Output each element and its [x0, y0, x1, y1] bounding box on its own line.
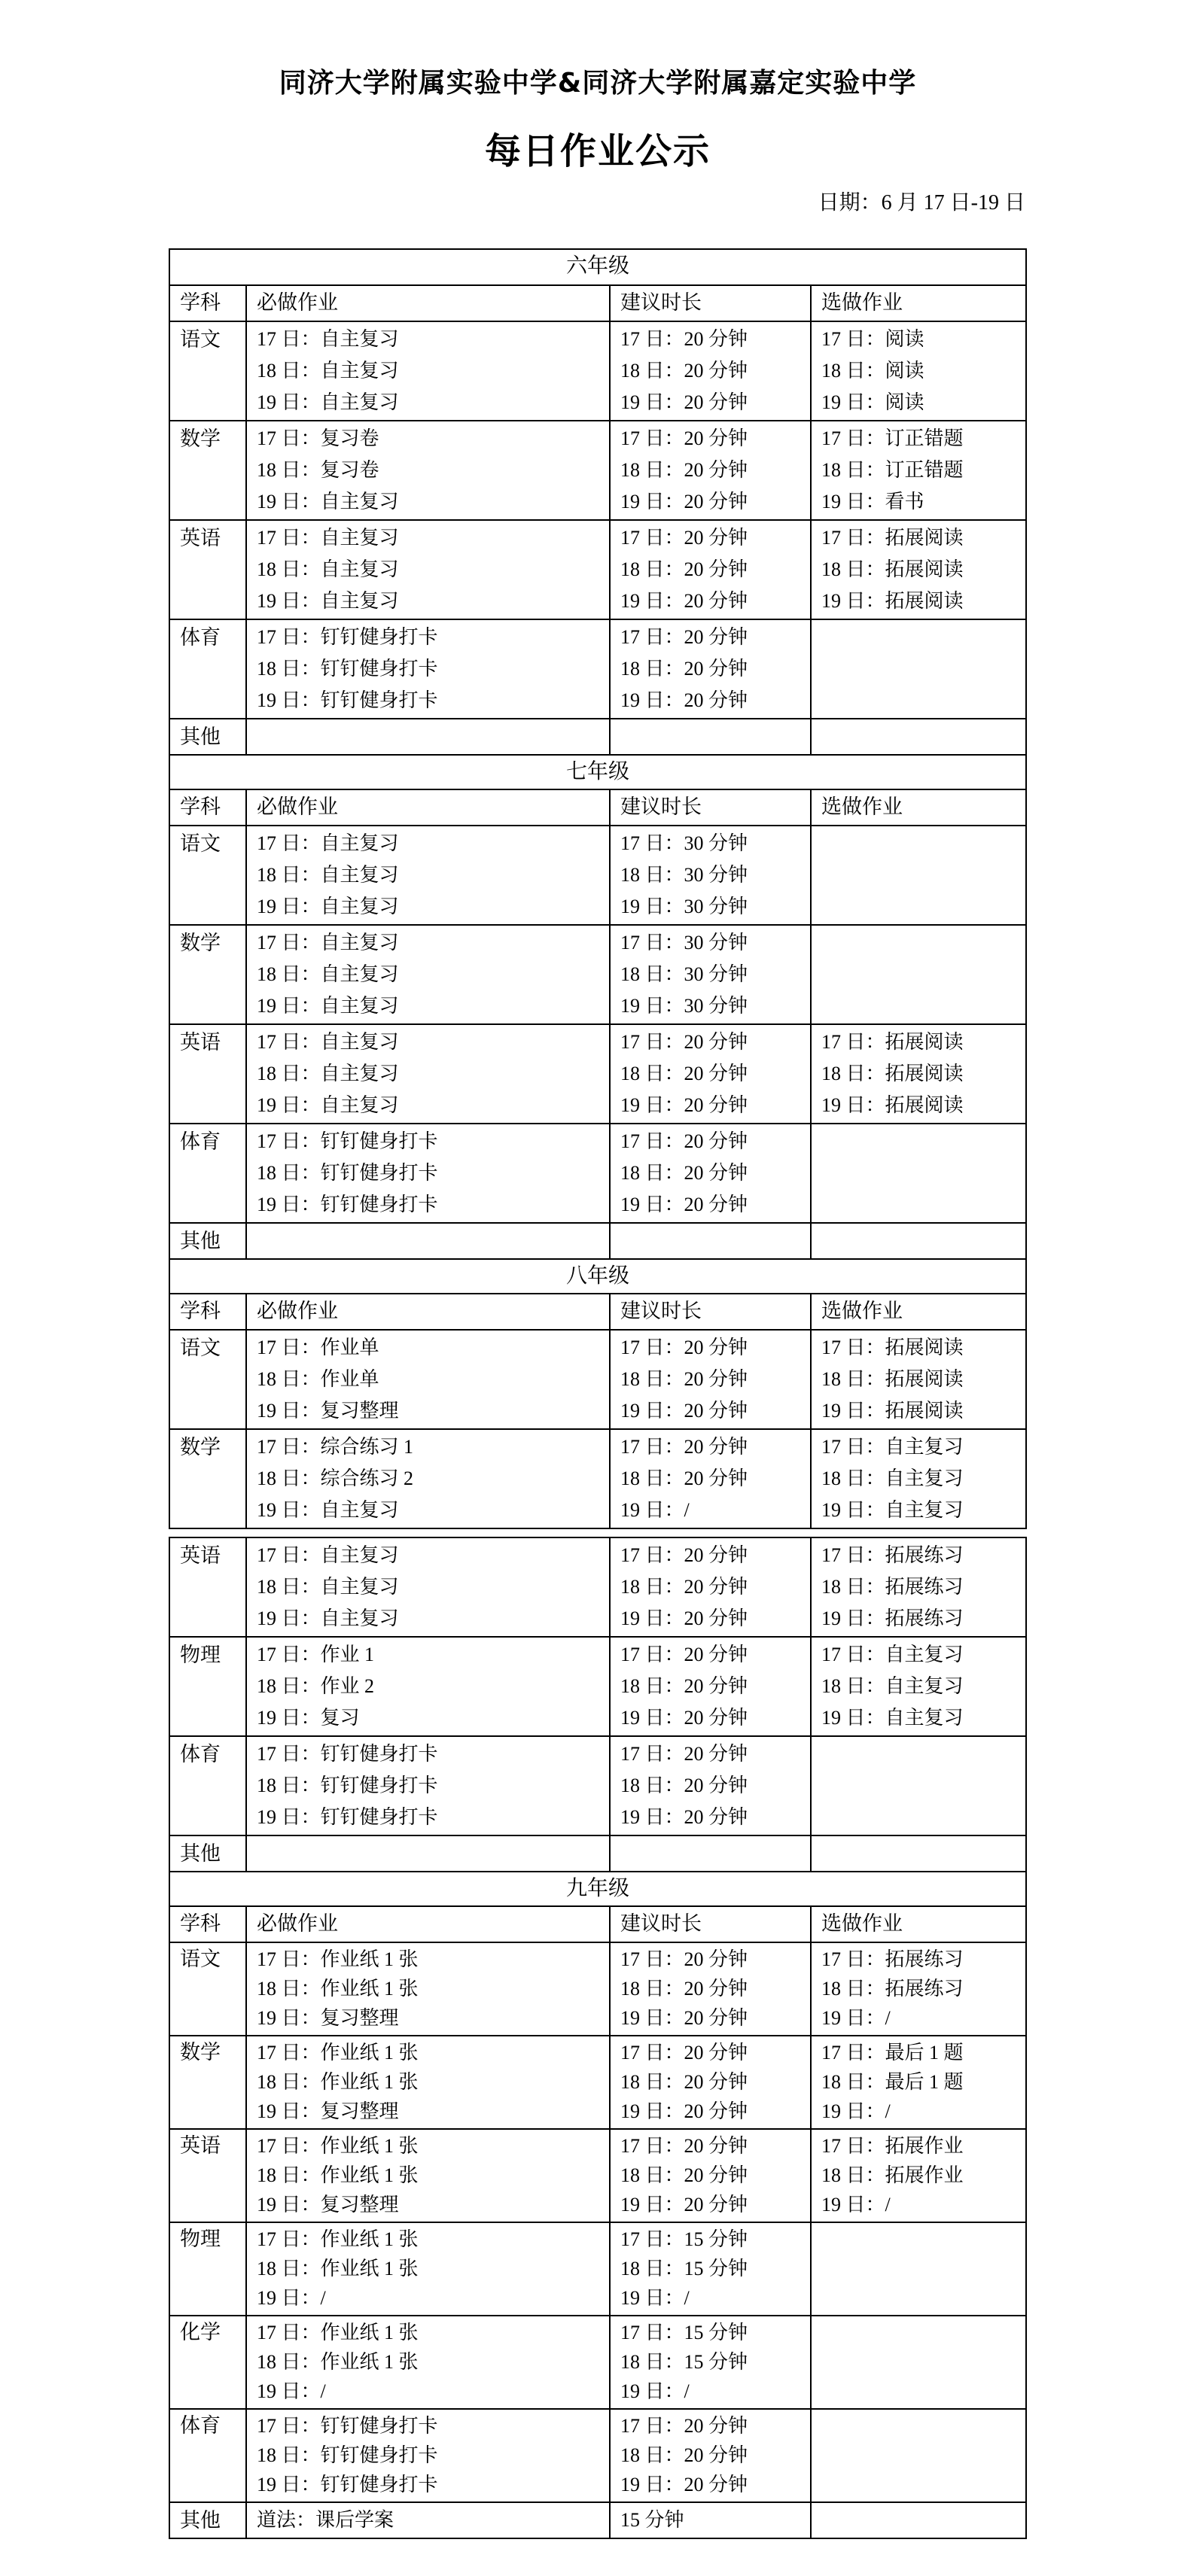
optional-homework-cell: 17 日：订正错题18 日：订正错题19 日：看书: [810, 421, 1025, 519]
subject-row: 语文17 日：作业纸 1 张18 日：作业纸 1 张19 日：复习整理17 日：…: [170, 1942, 1025, 2035]
assignment-line: 17 日：20 分钟: [620, 324, 810, 355]
assignment-line: 18 日：钉钉健身打卡: [257, 1770, 609, 1802]
assignment-line: 19 日：/: [821, 2097, 1025, 2126]
assignment-line: 19 日：20 分钟: [620, 486, 810, 518]
suggested-duration-cell: 15 分钟: [609, 2503, 810, 2538]
optional-homework-cell: [810, 926, 1025, 1023]
assignment-line: 18 日：综合练习 2: [257, 1463, 609, 1495]
subject-cell: 语文: [170, 322, 245, 420]
assignment-line: 19 日：20 分钟: [620, 585, 810, 617]
assignment-line: 17 日：20 分钟: [620, 2411, 810, 2441]
assignment-line: 17 日：自主复习: [821, 1639, 1025, 1671]
subject-cell: 其他: [170, 1836, 245, 1871]
assignment-line: 18 日：作业纸 1 张: [257, 2254, 609, 2283]
assignment-line: 18 日：拓展阅读: [821, 1058, 1025, 1090]
homework-table: 六年级学科必做作业建议时长选做作业语文17 日：自主复习18 日：自主复习19 …: [169, 248, 1027, 2539]
assignment-line: 18 日：30 分钟: [620, 959, 810, 990]
subject-row: 体育17 日：钉钉健身打卡18 日：钉钉健身打卡19 日：钉钉健身打卡17 日：…: [170, 2408, 1025, 2501]
assignment-line: 18 日：拓展作业: [821, 2161, 1025, 2190]
subject-cell: 英语: [170, 1538, 245, 1636]
suggested-duration-cell: 17 日：20 分钟18 日：20 分钟19 日：20 分钟: [609, 620, 810, 718]
assignment-line: 17 日：作业纸 1 张: [257, 2038, 609, 2067]
subject-label: 语文: [180, 828, 245, 859]
assignment-line: 17 日：15 分钟: [620, 2318, 810, 2347]
suggested-duration-cell: 17 日：20 分钟18 日：20 分钟19 日：20 分钟: [609, 1124, 810, 1222]
subject-cell: 数学: [170, 421, 245, 519]
optional-homework-cell: [810, 826, 1025, 924]
assignment-line: 17 日：最后 1 题: [821, 2038, 1025, 2067]
assignment-line: 18 日：20 分钟: [620, 2067, 810, 2097]
assignment-line: 17 日：20 分钟: [620, 1540, 810, 1571]
subject-row: 物理17 日：作业纸 1 张18 日：作业纸 1 张19 日：/17 日：15 …: [170, 2222, 1025, 2315]
assignment-line: 17 日：自主复习: [257, 522, 609, 554]
subject-label: 英语: [180, 522, 245, 554]
assignment-line: 17 日：15 分钟: [620, 2225, 810, 2254]
optional-homework-cell: 17 日：拓展阅读18 日：拓展阅读19 日：拓展阅读: [810, 1025, 1025, 1123]
assignment-line: 18 日：20 分钟: [620, 2161, 810, 2190]
assignment-line: 19 日：30 分钟: [620, 990, 810, 1022]
grade-section-banner: 九年级: [170, 1871, 1025, 1905]
assignment-line: 17 日：20 分钟: [620, 1639, 810, 1671]
assignment-line: 18 日：20 分钟: [620, 554, 810, 585]
column-header: 学科: [170, 1907, 245, 1942]
column-header: 选做作业: [810, 790, 1025, 825]
assignment-line: 19 日：20 分钟: [620, 1189, 810, 1221]
suggested-duration-cell: 17 日：20 分钟18 日：20 分钟19 日：20 分钟: [609, 1025, 810, 1123]
assignment-line: 19 日：自主复习: [257, 1090, 609, 1121]
required-homework-cell: [245, 719, 609, 754]
suggested-duration-cell: 17 日：20 分钟18 日：20 分钟19 日：/: [609, 1430, 810, 1528]
assignment-line: 18 日：20 分钟: [620, 1571, 810, 1603]
assignment-line: 18 日：20 分钟: [620, 1974, 810, 2003]
required-homework-cell: 17 日：作业纸 1 张18 日：作业纸 1 张19 日：复习整理: [245, 1943, 609, 2035]
suggested-duration-cell: 17 日：30 分钟18 日：30 分钟19 日：30 分钟: [609, 826, 810, 924]
assignment-line: 19 日：/: [257, 2377, 609, 2406]
suggested-duration-cell: 17 日：20 分钟18 日：20 分钟19 日：20 分钟: [609, 2036, 810, 2128]
assignment-line: 17 日：作业纸 1 张: [257, 2131, 609, 2161]
assignment-line: 18 日：钉钉健身打卡: [257, 2441, 609, 2470]
assignment-line: 17 日：30 分钟: [620, 828, 810, 859]
subject-cell: 其他: [170, 2503, 245, 2538]
required-homework-cell: 17 日：作业单18 日：作业单19 日：复习整理: [245, 1331, 609, 1428]
grade-section-banner: 六年级: [170, 250, 1025, 284]
required-homework-cell: [245, 1224, 609, 1258]
subject-label: 体育: [180, 2411, 245, 2441]
subject-row: 体育17 日：钉钉健身打卡18 日：钉钉健身打卡19 日：钉钉健身打卡17 日：…: [170, 619, 1025, 718]
suggested-duration-cell: 17 日：30 分钟18 日：30 分钟19 日：30 分钟: [609, 926, 810, 1023]
assignment-line: 19 日：20 分钟: [620, 1702, 810, 1734]
assignment-line: 18 日：作业纸 1 张: [257, 2067, 609, 2097]
subject-cell: 英语: [170, 1025, 245, 1123]
assignment-line: 17 日：拓展阅读: [821, 522, 1025, 554]
assignment-line: 18 日：20 分钟: [620, 1157, 810, 1189]
assignment-line: 17 日：20 分钟: [620, 2038, 810, 2067]
subject-cell: 其他: [170, 719, 245, 754]
suggested-duration-cell: [609, 719, 810, 754]
assignment-line: 17 日：自主复习: [257, 1026, 609, 1058]
assignment-line: 18 日：20 分钟: [620, 2441, 810, 2470]
optional-homework-cell: [810, 1737, 1025, 1835]
subject-row: 体育17 日：钉钉健身打卡18 日：钉钉健身打卡19 日：钉钉健身打卡17 日：…: [170, 1735, 1025, 1835]
subject-cell: 物理: [170, 2223, 245, 2315]
assignment-line: 17 日：钉钉健身打卡: [257, 1126, 609, 1157]
subject-cell: 体育: [170, 1124, 245, 1222]
column-header-row: 学科必做作业建议时长选做作业: [170, 789, 1025, 825]
column-header: 必做作业: [245, 1907, 609, 1942]
assignment-line: 18 日：订正错题: [821, 455, 1025, 486]
suggested-duration-cell: 17 日：20 分钟18 日：20 分钟19 日：20 分钟: [609, 1737, 810, 1835]
assignment-line: 18 日：自主复习: [257, 1571, 609, 1603]
assignment-line: 18 日：20 分钟: [620, 1364, 810, 1395]
subject-row: 数学17 日：自主复习18 日：自主复习19 日：自主复习17 日：30 分钟1…: [170, 924, 1025, 1023]
document-page: 同济大学附属实验中学&同济大学附属嘉定实验中学 每日作业公示 日期：6 月 17…: [169, 0, 1027, 2539]
assignment-line: 17 日：20 分钟: [620, 1126, 810, 1157]
assignment-line: 17 日：拓展阅读: [821, 1332, 1025, 1364]
assignment-line: 19 日：/: [821, 2190, 1025, 2219]
subject-label: 语文: [180, 1332, 245, 1364]
required-homework-cell: 17 日：作业纸 1 张18 日：作业纸 1 张19 日：复习整理: [245, 2130, 609, 2222]
assignment-line: 18 日：自主复习: [257, 859, 609, 891]
required-homework-cell: 17 日：钉钉健身打卡18 日：钉钉健身打卡19 日：钉钉健身打卡: [245, 1124, 609, 1222]
subject-label: 数学: [180, 2038, 245, 2067]
school-names-heading: 同济大学附属实验中学&同济大学附属嘉定实验中学: [169, 0, 1027, 101]
assignment-line: 17 日：20 分钟: [620, 1026, 810, 1058]
column-header: 学科: [170, 790, 245, 825]
assignment-line: 19 日：20 分钟: [620, 1603, 810, 1635]
assignment-line: 17 日：拓展练习: [821, 1945, 1025, 1974]
assignment-line: 19 日：20 分钟: [620, 685, 810, 716]
assignment-line: 19 日：拓展阅读: [821, 1395, 1025, 1427]
assignment-line: 17 日：作业 1: [257, 1639, 609, 1671]
required-homework-cell: 17 日：钉钉健身打卡18 日：钉钉健身打卡19 日：钉钉健身打卡: [245, 620, 609, 718]
assignment-line: 19 日：20 分钟: [620, 2097, 810, 2126]
assignment-line: 17 日：拓展练习: [821, 1540, 1025, 1571]
assignment-line: 17 日：钉钉健身打卡: [257, 2411, 609, 2441]
optional-homework-cell: [810, 2410, 1025, 2501]
assignment-line: 19 日：/: [620, 2283, 810, 2313]
subject-label: 物理: [180, 1639, 245, 1671]
optional-homework-cell: 17 日：阅读18 日：阅读19 日：阅读: [810, 322, 1025, 420]
subject-label: 其他: [180, 2505, 245, 2536]
assignment-line: 18 日：钉钉健身打卡: [257, 653, 609, 685]
page-title: 每日作业公示: [169, 126, 1027, 176]
optional-homework-cell: [810, 2223, 1025, 2315]
required-homework-cell: [245, 1836, 609, 1871]
homework-table-part: 英语17 日：自主复习18 日：自主复习19 日：自主复习17 日：20 分钟1…: [169, 1537, 1027, 2539]
assignment-line: 17 日：复习卷: [257, 423, 609, 455]
assignment-line: 17 日：自主复习: [257, 927, 609, 959]
subject-cell: 数学: [170, 1430, 245, 1528]
assignment-line: 17 日：钉钉健身打卡: [257, 1738, 609, 1770]
required-homework-cell: 17 日：作业纸 1 张18 日：作业纸 1 张19 日：/: [245, 2316, 609, 2408]
optional-homework-cell: 17 日：拓展阅读18 日：拓展阅读19 日：拓展阅读: [810, 1331, 1025, 1428]
assignment-line: 17 日：订正错题: [821, 423, 1025, 455]
assignment-line: 19 日：钉钉健身打卡: [257, 1802, 609, 1833]
other-row: 其他: [170, 1835, 1025, 1871]
required-homework-cell: 17 日：复习卷18 日：复习卷19 日：自主复习: [245, 421, 609, 519]
assignment-line: 19 日：拓展阅读: [821, 1090, 1025, 1121]
assignment-line: 道法：课后学案: [257, 2505, 609, 2536]
suggested-duration-cell: 17 日：15 分钟18 日：15 分钟19 日：/: [609, 2316, 810, 2408]
optional-homework-cell: [810, 1224, 1025, 1258]
assignment-line: 18 日：自主复习: [257, 959, 609, 990]
assignment-line: 18 日：20 分钟: [620, 1058, 810, 1090]
subject-label: 物理: [180, 2225, 245, 2254]
optional-homework-cell: 17 日：拓展作业18 日：拓展作业19 日：/: [810, 2130, 1025, 2222]
assignment-line: 19 日：自主复习: [257, 1495, 609, 1526]
assignment-line: 19 日：复习整理: [257, 2003, 609, 2033]
subject-row: 体育17 日：钉钉健身打卡18 日：钉钉健身打卡19 日：钉钉健身打卡17 日：…: [170, 1123, 1025, 1222]
assignment-line: 18 日：自主复习: [821, 1463, 1025, 1495]
subject-row: 英语17 日：自主复习18 日：自主复习19 日：自主复习17 日：20 分钟1…: [170, 519, 1025, 619]
assignment-line: 19 日：自主复习: [821, 1495, 1025, 1526]
assignment-line: 19 日：/: [821, 2003, 1025, 2033]
assignment-line: 18 日：20 分钟: [620, 455, 810, 486]
subject-cell: 体育: [170, 620, 245, 718]
subject-row: 语文17 日：自主复习18 日：自主复习19 日：自主复习17 日：30 分钟1…: [170, 825, 1025, 924]
assignment-line: 19 日：20 分钟: [620, 1802, 810, 1833]
suggested-duration-cell: 17 日：20 分钟18 日：20 分钟19 日：20 分钟: [609, 421, 810, 519]
assignment-line: 19 日：/: [620, 1495, 810, 1526]
required-homework-cell: 17 日：自主复习18 日：自主复习19 日：自主复习: [245, 826, 609, 924]
assignment-line: 17 日：阅读: [821, 324, 1025, 355]
assignment-line: 18 日：复习卷: [257, 455, 609, 486]
required-homework-cell: 17 日：自主复习18 日：自主复习19 日：自主复习: [245, 521, 609, 619]
optional-homework-cell: 17 日：自主复习18 日：自主复习19 日：自主复习: [810, 1430, 1025, 1528]
subject-row: 物理17 日：作业 118 日：作业 219 日：复习17 日：20 分钟18 …: [170, 1636, 1025, 1735]
subject-cell: 体育: [170, 2410, 245, 2501]
assignment-line: 18 日：拓展练习: [821, 1571, 1025, 1603]
optional-homework-cell: [810, 2316, 1025, 2408]
assignment-line: 19 日：钉钉健身打卡: [257, 1189, 609, 1221]
other-row: 其他道法：课后学案15 分钟: [170, 2501, 1025, 2538]
subject-row: 化学17 日：作业纸 1 张18 日：作业纸 1 张19 日：/17 日：15 …: [170, 2315, 1025, 2408]
assignment-line: 18 日：作业单: [257, 1364, 609, 1395]
subject-cell: 化学: [170, 2316, 245, 2408]
column-header: 学科: [170, 1294, 245, 1329]
subject-cell: 英语: [170, 2130, 245, 2222]
suggested-duration-cell: 17 日：15 分钟18 日：15 分钟19 日：/: [609, 2223, 810, 2315]
suggested-duration-cell: [609, 1836, 810, 1871]
subject-cell: 数学: [170, 926, 245, 1023]
assignment-line: 19 日：/: [257, 2283, 609, 2313]
required-homework-cell: 17 日：自主复习18 日：自主复习19 日：自主复习: [245, 926, 609, 1023]
assignment-line: 19 日：自主复习: [257, 990, 609, 1022]
subject-label: 数学: [180, 1431, 245, 1463]
assignment-line: 19 日：自主复习: [257, 387, 609, 418]
assignment-line: 18 日：作业纸 1 张: [257, 1974, 609, 2003]
subject-label: 数学: [180, 423, 245, 455]
assignment-line: 19 日：看书: [821, 486, 1025, 518]
column-header: 建议时长: [609, 790, 810, 825]
subject-label: 英语: [180, 1540, 245, 1571]
assignment-line: 18 日：自主复习: [257, 1058, 609, 1090]
assignment-line: 18 日：30 分钟: [620, 859, 810, 891]
assignment-line: 18 日：作业纸 1 张: [257, 2347, 609, 2377]
optional-homework-cell: 17 日：拓展阅读18 日：拓展阅读19 日：拓展阅读: [810, 521, 1025, 619]
assignment-line: 17 日：综合练习 1: [257, 1431, 609, 1463]
subject-label: 化学: [180, 2318, 245, 2347]
assignment-line: 19 日：自主复习: [257, 585, 609, 617]
subject-row: 数学17 日：作业纸 1 张18 日：作业纸 1 张19 日：复习整理17 日：…: [170, 2035, 1025, 2128]
suggested-duration-cell: [609, 1224, 810, 1258]
column-header-row: 学科必做作业建议时长选做作业: [170, 1293, 1025, 1329]
subject-row: 语文17 日：自主复习18 日：自主复习19 日：自主复习17 日：20 分钟1…: [170, 321, 1025, 420]
optional-homework-cell: 17 日：自主复习18 日：自主复习19 日：自主复习: [810, 1638, 1025, 1735]
subject-label: 其他: [180, 1225, 245, 1257]
subject-row: 英语17 日：自主复习18 日：自主复习19 日：自主复习17 日：20 分钟1…: [170, 1538, 1025, 1636]
optional-homework-cell: [810, 1836, 1025, 1871]
assignment-line: 18 日：阅读: [821, 355, 1025, 387]
column-header: 建议时长: [609, 1294, 810, 1329]
assignment-line: 19 日：复习: [257, 1702, 609, 1734]
assignment-line: 15 分钟: [620, 2505, 810, 2536]
subject-cell: 语文: [170, 1331, 245, 1428]
suggested-duration-cell: 17 日：20 分钟18 日：20 分钟19 日：20 分钟: [609, 1943, 810, 2035]
assignment-line: 18 日：钉钉健身打卡: [257, 1157, 609, 1189]
subject-label: 英语: [180, 1026, 245, 1058]
required-homework-cell: 17 日：作业纸 1 张18 日：作业纸 1 张19 日：/: [245, 2223, 609, 2315]
assignment-line: 17 日：20 分钟: [620, 622, 810, 653]
subject-cell: 语文: [170, 1943, 245, 2035]
assignment-line: 18 日：自主复习: [821, 1671, 1025, 1702]
assignment-line: 17 日：20 分钟: [620, 423, 810, 455]
required-homework-cell: 17 日：综合练习 118 日：综合练习 219 日：自主复习: [245, 1430, 609, 1528]
assignment-line: 18 日：20 分钟: [620, 1671, 810, 1702]
subject-label: 其他: [180, 1838, 245, 1869]
required-homework-cell: 道法：课后学案: [245, 2503, 609, 2538]
column-header-row: 学科必做作业建议时长选做作业: [170, 1905, 1025, 1942]
assignment-line: 18 日：拓展阅读: [821, 1364, 1025, 1395]
suggested-duration-cell: 17 日：20 分钟18 日：20 分钟19 日：20 分钟: [609, 1638, 810, 1735]
column-header: 选做作业: [810, 1294, 1025, 1329]
suggested-duration-cell: 17 日：20 分钟18 日：20 分钟19 日：20 分钟: [609, 2410, 810, 2501]
required-homework-cell: 17 日：作业 118 日：作业 219 日：复习: [245, 1638, 609, 1735]
assignment-line: 19 日：钉钉健身打卡: [257, 2470, 609, 2499]
date-line: 日期：6 月 17 日-19 日: [169, 188, 1027, 218]
subject-label: 数学: [180, 927, 245, 959]
assignment-line: 19 日：/: [620, 2377, 810, 2406]
assignment-line: 17 日：20 分钟: [620, 1945, 810, 1974]
assignment-line: 17 日：20 分钟: [620, 1332, 810, 1364]
assignment-line: 17 日：自主复习: [821, 1431, 1025, 1463]
assignment-line: 18 日：拓展阅读: [821, 554, 1025, 585]
assignment-line: 19 日：20 分钟: [620, 2470, 810, 2499]
optional-homework-cell: [810, 2503, 1025, 2538]
assignment-line: 18 日：自主复习: [257, 355, 609, 387]
subject-row: 数学17 日：复习卷18 日：复习卷19 日：自主复习17 日：20 分钟18 …: [170, 420, 1025, 519]
assignment-line: 17 日：自主复习: [257, 1540, 609, 1571]
subject-label: 语文: [180, 1945, 245, 1974]
assignment-line: 18 日：作业 2: [257, 1671, 609, 1702]
suggested-duration-cell: 17 日：20 分钟18 日：20 分钟19 日：20 分钟: [609, 2130, 810, 2222]
assignment-line: 17 日：30 分钟: [620, 927, 810, 959]
other-row: 其他: [170, 1222, 1025, 1258]
suggested-duration-cell: 17 日：20 分钟18 日：20 分钟19 日：20 分钟: [609, 521, 810, 619]
assignment-line: 19 日：复习整理: [257, 2190, 609, 2219]
assignment-line: 17 日：拓展作业: [821, 2131, 1025, 2161]
subject-label: 体育: [180, 1126, 245, 1157]
required-homework-cell: 17 日：钉钉健身打卡18 日：钉钉健身打卡19 日：钉钉健身打卡: [245, 2410, 609, 2501]
subject-row: 数学17 日：综合练习 118 日：综合练习 219 日：自主复习17 日：20…: [170, 1428, 1025, 1528]
required-homework-cell: 17 日：自主复习18 日：自主复习19 日：自主复习: [245, 1025, 609, 1123]
subject-row: 英语17 日：自主复习18 日：自主复习19 日：自主复习17 日：20 分钟1…: [170, 1023, 1025, 1123]
assignment-line: 17 日：20 分钟: [620, 522, 810, 554]
optional-homework-cell: [810, 1124, 1025, 1222]
homework-table-part: 六年级学科必做作业建议时长选做作业语文17 日：自主复习18 日：自主复习19 …: [169, 248, 1027, 1529]
assignment-line: 19 日：30 分钟: [620, 891, 810, 923]
column-header: 建议时长: [609, 286, 810, 321]
assignment-line: 19 日：拓展练习: [821, 1603, 1025, 1635]
subject-label: 英语: [180, 2131, 245, 2161]
subject-label: 其他: [180, 721, 245, 753]
optional-homework-cell: [810, 719, 1025, 754]
assignment-line: 18 日：15 分钟: [620, 2347, 810, 2377]
column-header: 建议时长: [609, 1907, 810, 1942]
assignment-line: 17 日：20 分钟: [620, 2131, 810, 2161]
subject-cell: 体育: [170, 1737, 245, 1835]
assignment-line: 17 日：自主复习: [257, 324, 609, 355]
suggested-duration-cell: 17 日：20 分钟18 日：20 分钟19 日：20 分钟: [609, 322, 810, 420]
assignment-line: 19 日：拓展阅读: [821, 585, 1025, 617]
assignment-line: 18 日：作业纸 1 张: [257, 2161, 609, 2190]
assignment-line: 17 日：拓展阅读: [821, 1026, 1025, 1058]
assignment-line: 19 日：自主复习: [257, 891, 609, 923]
optional-homework-cell: 17 日：拓展练习18 日：拓展练习19 日：拓展练习: [810, 1538, 1025, 1636]
other-row: 其他: [170, 718, 1025, 754]
assignment-line: 18 日：20 分钟: [620, 1463, 810, 1495]
required-homework-cell: 17 日：自主复习18 日：自主复习19 日：自主复习: [245, 322, 609, 420]
assignment-line: 18 日：20 分钟: [620, 355, 810, 387]
subject-label: 体育: [180, 622, 245, 653]
assignment-line: 18 日：自主复习: [257, 554, 609, 585]
subject-cell: 英语: [170, 521, 245, 619]
assignment-line: 19 日：自主复习: [821, 1702, 1025, 1734]
assignment-line: 17 日：作业单: [257, 1332, 609, 1364]
assignment-line: 19 日：钉钉健身打卡: [257, 685, 609, 716]
column-header: 必做作业: [245, 286, 609, 321]
assignment-line: 17 日：自主复习: [257, 828, 609, 859]
required-homework-cell: 17 日：钉钉健身打卡18 日：钉钉健身打卡19 日：钉钉健身打卡: [245, 1737, 609, 1835]
assignment-line: 17 日：20 分钟: [620, 1738, 810, 1770]
subject-cell: 其他: [170, 1224, 245, 1258]
assignment-line: 19 日：自主复习: [257, 1603, 609, 1635]
grade-section-banner: 七年级: [170, 754, 1025, 789]
column-header: 选做作业: [810, 286, 1025, 321]
optional-homework-cell: 17 日：最后 1 题18 日：最后 1 题19 日：/: [810, 2036, 1025, 2128]
assignment-line: 19 日：自主复习: [257, 486, 609, 518]
required-homework-cell: 17 日：作业纸 1 张18 日：作业纸 1 张19 日：复习整理: [245, 2036, 609, 2128]
assignment-line: 17 日：作业纸 1 张: [257, 2225, 609, 2254]
column-header-row: 学科必做作业建议时长选做作业: [170, 284, 1025, 321]
subject-label: 体育: [180, 1738, 245, 1770]
assignment-line: 19 日：20 分钟: [620, 2003, 810, 2033]
column-header: 必做作业: [245, 790, 609, 825]
assignment-line: 17 日：作业纸 1 张: [257, 2318, 609, 2347]
assignment-line: 17 日：20 分钟: [620, 1431, 810, 1463]
assignment-line: 17 日：作业纸 1 张: [257, 1945, 609, 1974]
assignment-line: 18 日：20 分钟: [620, 1770, 810, 1802]
optional-homework-cell: 17 日：拓展练习18 日：拓展练习19 日：/: [810, 1943, 1025, 2035]
assignment-line: 19 日：20 分钟: [620, 2190, 810, 2219]
optional-homework-cell: [810, 620, 1025, 718]
suggested-duration-cell: 17 日：20 分钟18 日：20 分钟19 日：20 分钟: [609, 1331, 810, 1428]
column-header: 必做作业: [245, 1294, 609, 1329]
required-homework-cell: 17 日：自主复习18 日：自主复习19 日：自主复习: [245, 1538, 609, 1636]
subject-cell: 数学: [170, 2036, 245, 2128]
assignment-line: 18 日：20 分钟: [620, 653, 810, 685]
subject-cell: 物理: [170, 1638, 245, 1735]
